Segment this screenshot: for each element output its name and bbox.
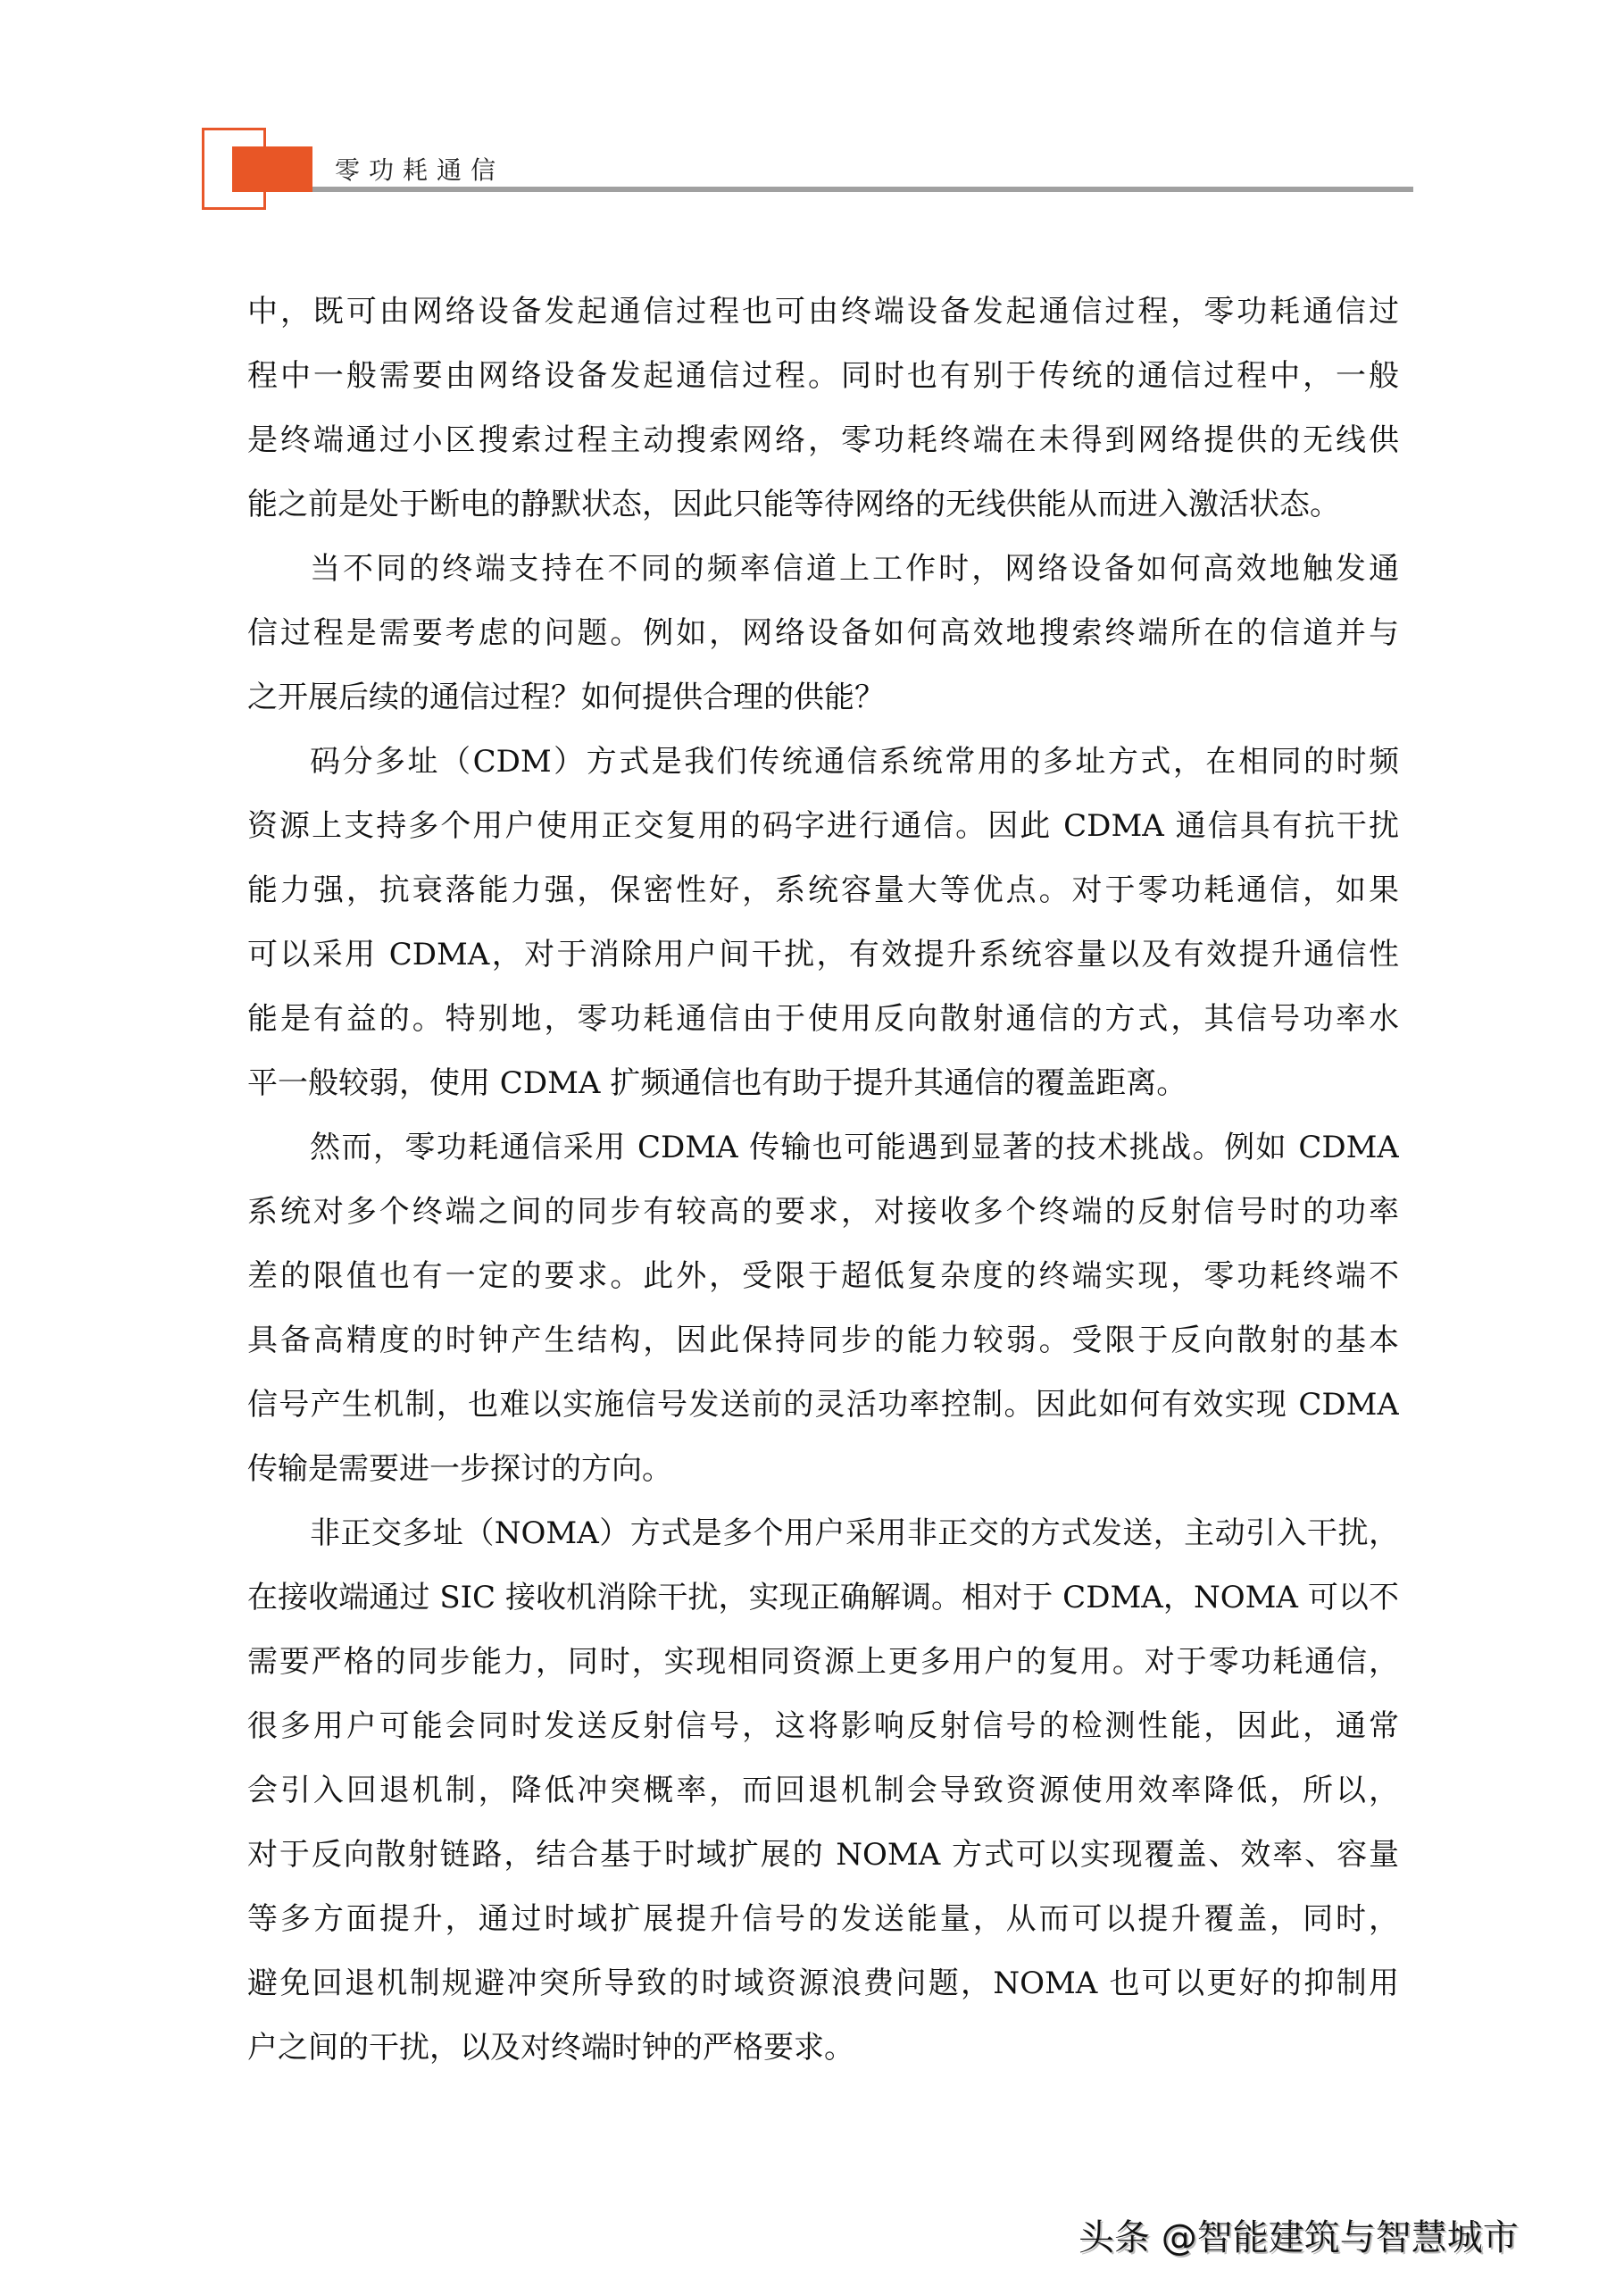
- text-line: 中，既可由网络设备发起通信过程也可由终端设备发起通信过程，零功耗通信过: [247, 280, 1399, 344]
- text-line: 信号产生机制，也难以实施信号发送前的灵活功率控制。因此如何有效实现 CDMA: [247, 1373, 1399, 1437]
- paragraph: 中，既可由网络设备发起通信过程也可由终端设备发起通信过程，零功耗通信过程中一般需…: [247, 280, 1399, 537]
- text-line: 能是有益的。特别地，零功耗通信由于使用反向散射通信的方式，其信号功率水: [247, 987, 1399, 1051]
- text-line: 资源上支持多个用户使用正交复用的码字进行通信。因此 CDMA 通信具有抗干扰: [247, 794, 1399, 858]
- text-line: 避免回退机制规避冲突所导致的时域资源浪费问题，NOMA 也可以更好的抑制用: [247, 1951, 1399, 2016]
- paragraph: 非正交多址（NOMA）方式是多个用户采用非正交的方式发送，主动引入干扰，在接收端…: [247, 1501, 1399, 2080]
- text-line: 具备高精度的时钟产生结构，因此保持同步的能力较弱。受限于反向散射的基本: [247, 1308, 1399, 1373]
- paragraph: 码分多址（CDM）方式是我们传统通信系统常用的多址方式，在相同的时频资源上支持多…: [247, 730, 1399, 1115]
- header-logo-block: [232, 146, 312, 192]
- text-line: 能之前是处于断电的静默状态，因此只能等待网络的无线供能从而进入激活状态。: [247, 472, 1399, 537]
- text-line: 程中一般需要由网络设备发起通信过程。同时也有别于传统的通信过程中，一般: [247, 344, 1399, 408]
- text-line: 很多用户可能会同时发送反射信号，这将影响反射信号的检测性能，因此，通常: [247, 1694, 1399, 1758]
- text-line: 之开展后续的通信过程？如何提供合理的供能？: [247, 665, 1399, 730]
- text-line: 会引入回退机制，降低冲突概率，而回退机制会导致资源使用效率降低，所以，: [247, 1758, 1399, 1823]
- text-line: 差的限值也有一定的要求。此外，受限于超低复杂度的终端实现，零功耗终端不: [247, 1244, 1399, 1308]
- running-header-title: 零功耗通信: [335, 157, 504, 184]
- text-line: 是终端通过小区搜索过程主动搜索网络，零功耗终端在未得到网络提供的无线供: [247, 408, 1399, 472]
- watermark: 头条 @智能建筑与智慧城市: [1079, 2209, 1519, 2260]
- text-line: 信过程是需要考虑的问题。例如，网络设备如何高效地搜索终端所在的信道并与: [247, 601, 1399, 665]
- text-line: 传输是需要进一步探讨的方向。: [247, 1437, 1399, 1501]
- text-line: 户之间的干扰，以及对终端时钟的严格要求。: [247, 2016, 1399, 2080]
- paragraph: 然而，零功耗通信采用 CDMA 传输也可能遇到显著的技术挑战。例如 CDMA系统…: [247, 1115, 1399, 1501]
- text-line: 平一般较弱，使用 CDMA 扩频通信也有助于提升其通信的覆盖距离。: [247, 1051, 1399, 1115]
- text-line: 当不同的终端支持在不同的频率信道上工作时，网络设备如何高效地触发通: [247, 537, 1399, 601]
- header-rule: [312, 187, 1413, 192]
- text-line: 等多方面提升，通过时域扩展提升信号的发送能量，从而可以提升覆盖，同时，: [247, 1887, 1399, 1951]
- text-line: 码分多址（CDM）方式是我们传统通信系统常用的多址方式，在相同的时频: [247, 730, 1399, 794]
- text-line: 然而，零功耗通信采用 CDMA 传输也可能遇到显著的技术挑战。例如 CDMA: [247, 1115, 1399, 1180]
- text-line: 需要严格的同步能力，同时，实现相同资源上更多用户的复用。对于零功耗通信，: [247, 1630, 1399, 1694]
- body-text: 中，既可由网络设备发起通信过程也可由终端设备发起通信过程，零功耗通信过程中一般需…: [247, 280, 1399, 2080]
- text-line: 对于反向散射链路，结合基于时域扩展的 NOMA 方式可以实现覆盖、效率、容量: [247, 1823, 1399, 1887]
- text-line: 非正交多址（NOMA）方式是多个用户采用非正交的方式发送，主动引入干扰，: [247, 1501, 1399, 1565]
- paragraph: 当不同的终端支持在不同的频率信道上工作时，网络设备如何高效地触发通信过程是需要考…: [247, 537, 1399, 730]
- text-line: 能力强，抗衰落能力强，保密性好，系统容量大等优点。对于零功耗通信，如果: [247, 858, 1399, 922]
- text-line: 在接收端通过 SIC 接收机消除干扰，实现正确解调。相对于 CDMA，NOMA …: [247, 1565, 1399, 1630]
- text-line: 系统对多个终端之间的同步有较高的要求，对接收多个终端的反射信号时的功率: [247, 1180, 1399, 1244]
- text-line: 可以采用 CDMA，对于消除用户间干扰，有效提升系统容量以及有效提升通信性: [247, 922, 1399, 987]
